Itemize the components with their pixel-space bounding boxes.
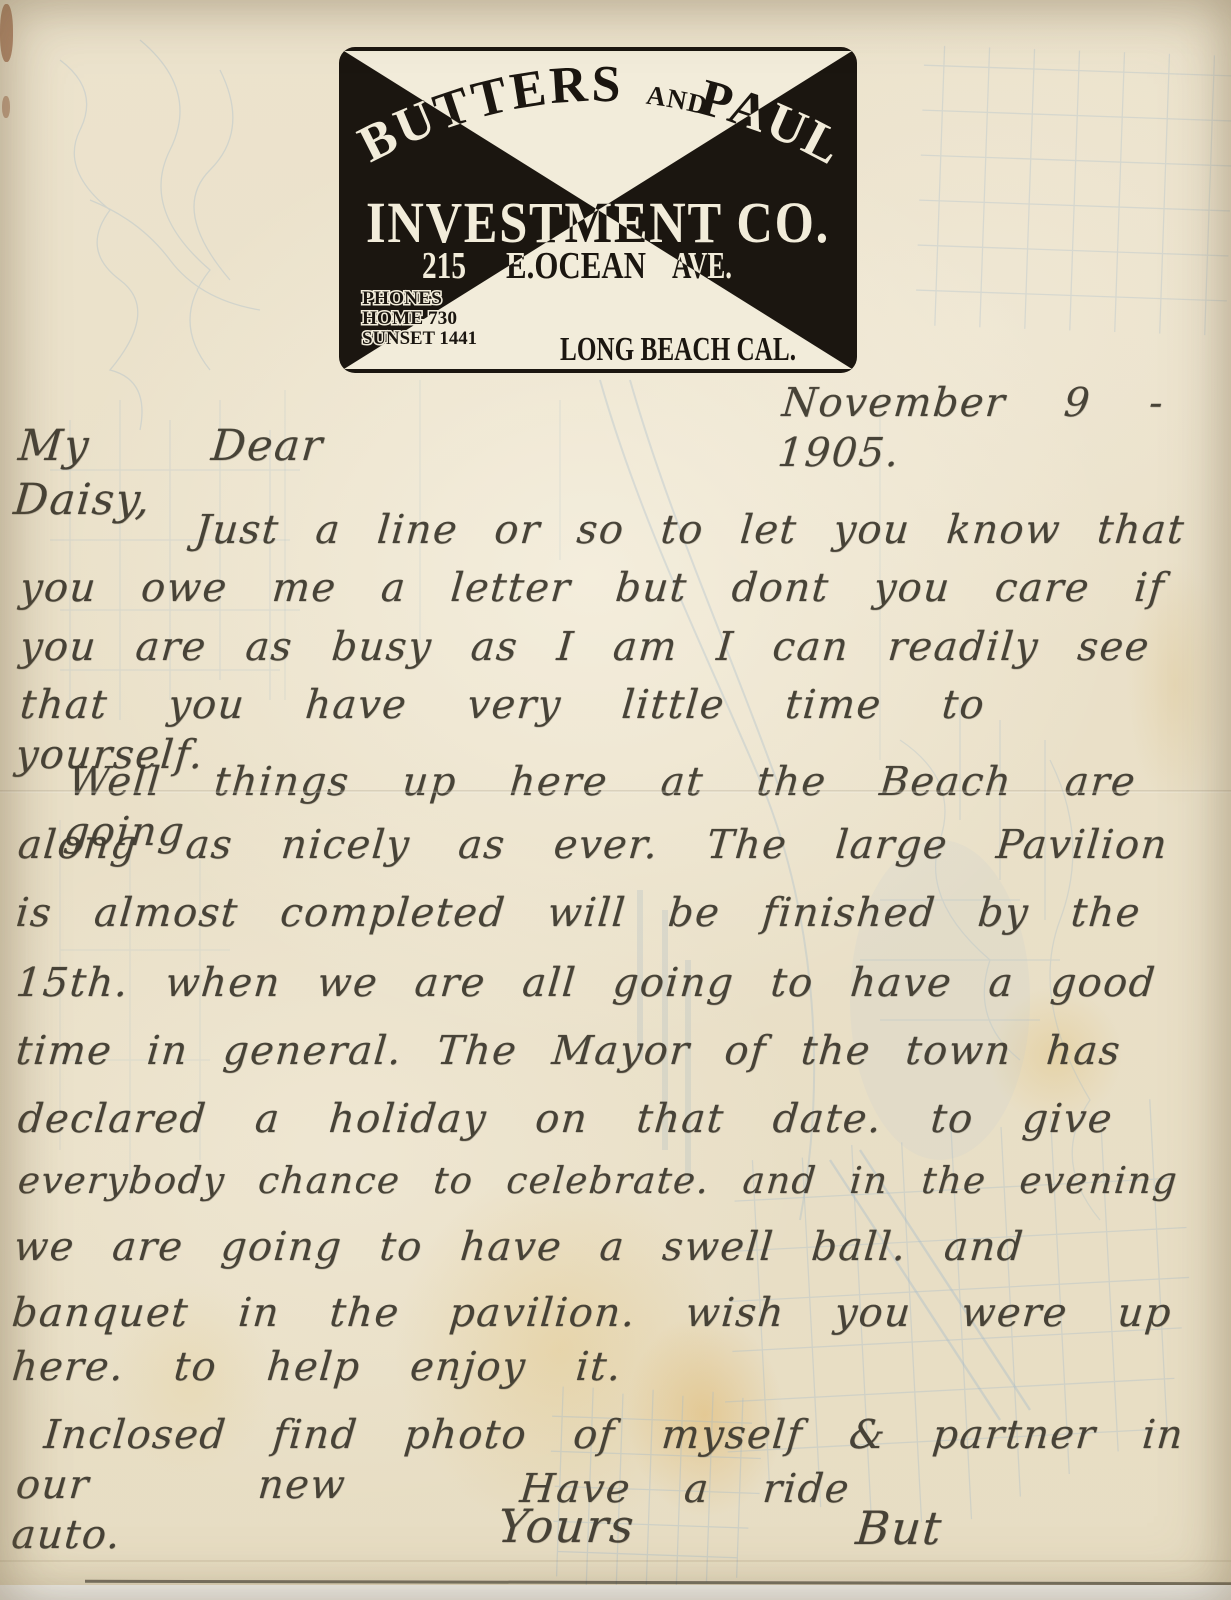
letter-line-15: Inclosed find photo of myself & partner … [42,1410,1186,1460]
phones-title: PHONES [362,288,442,309]
phone-home: HOME 730 [362,308,457,329]
ghost-grid-topright [915,45,1231,336]
phone-sunset: SUNSET 1441 [362,328,477,349]
letter-line-11: everybody chance to celebrate. and in th… [16,1158,1180,1204]
letter-line-6: along as nicely as ever. The large Pavil… [16,820,1170,870]
fold-crease [0,790,1231,793]
letter-line-16: our new auto. [10,1460,349,1560]
letter-line-2: you owe me a letter but dont you care if [18,563,1167,613]
letter-line-13: banquet in the pavilion. wish you were u… [10,1288,1174,1338]
letter-date: November 9 - 1905. [776,378,1167,478]
letter-line-12: we are going to have a swell ball. and [12,1222,1026,1272]
letterhead-logo: BUTTERS AND PAUL INVESTMENT CO. 215 E.OC… [338,46,858,374]
letter-line-3: you are as busy as I am I can readily se… [18,622,1152,672]
letter-signature: But [853,1500,1008,1558]
letter-line-10: declared a holiday on that date. to give [16,1094,1115,1144]
letter-line-8: 15th. when we are all going to have a go… [14,958,1158,1008]
letter-line-1: Just a line or so to let you know that [193,505,1187,555]
city-line: LONG BEACH CAL. [560,331,796,368]
scanned-letter-page: BUTTERS AND PAUL INVESTMENT CO. 215 E.OC… [0,0,1231,1600]
fold-crease [0,1560,1231,1562]
letter-line-14: here. to help enjoy it. [10,1342,624,1392]
letter-closing: Yours [495,1498,700,1556]
scanner-background [0,1585,1231,1600]
letter-line-9: time in general. The Mayor of the town h… [14,1026,1123,1076]
address-number: 215 [422,245,466,287]
letter-line-7: is almost completed will be finished by … [14,888,1143,938]
ghost-foliage [60,40,260,430]
